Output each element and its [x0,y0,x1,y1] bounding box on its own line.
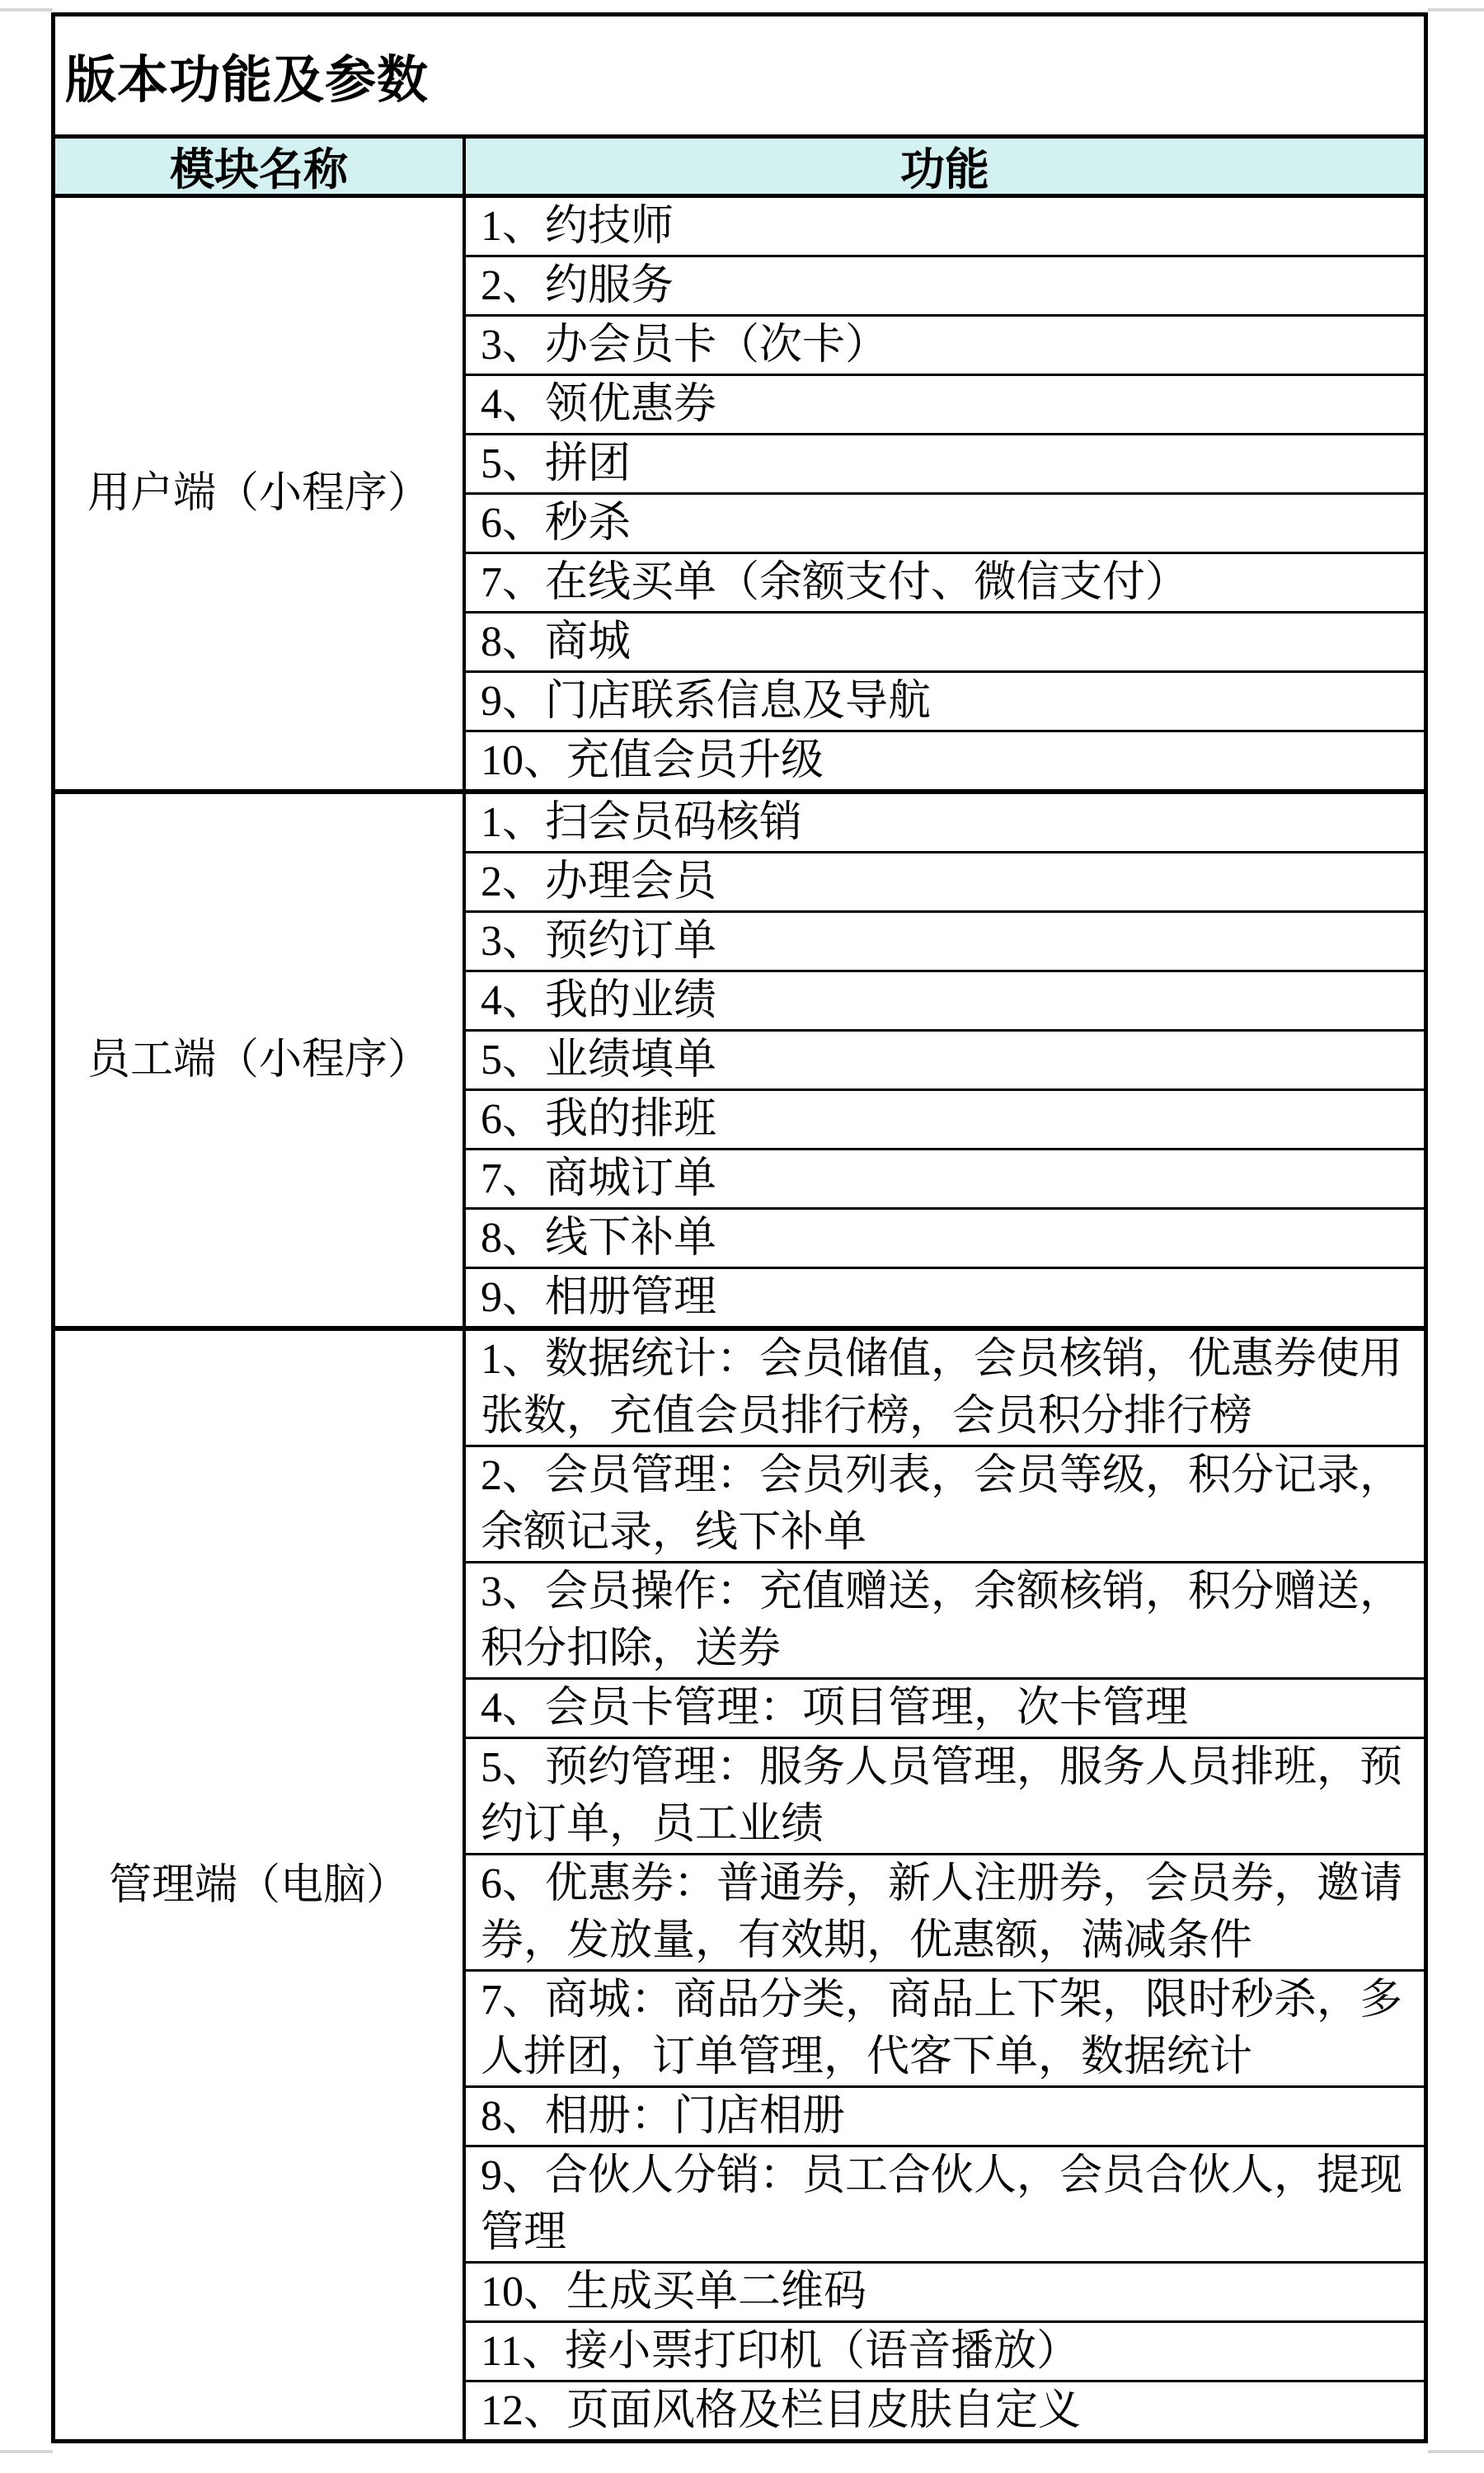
page-edge-line [1428,8,1484,12]
feature-text: 7、在线买单（余额支付、微信支付） [466,554,1208,611]
feature-text: 6、秒杀 [466,495,650,552]
table-header-row: 模块名称 功能 [55,139,1424,198]
feature-text: 8、相册：门店相册 [466,2088,865,2145]
feature-row: 11、接小票打印机（语音播放） [466,2320,1424,2380]
feature-row: 8、相册：门店相册 [466,2085,1424,2145]
feature-text: 7、商城订单 [466,1150,736,1207]
feature-text: 11、接小票打印机（语音播放） [466,2323,1099,2380]
feature-row: 6、优惠券：普通券，新人注册券，会员券，邀请券，发放量，有效期，优惠额，满减条件 [466,1853,1424,1969]
feature-text: 9、门店联系信息及导航 [466,673,951,730]
module-name-cell: 用户端（小程序） [55,198,466,789]
feature-list: 1、约技师2、约服务3、办会员卡（次卡）4、领优惠券5、拼团6、秒杀7、在线买单… [466,198,1424,789]
feature-text: 7、商城：商品分类，商品上下架，限时秒杀，多人拼团，订单管理，代客下单，数据统计 [466,1972,1424,2085]
feature-text: 4、会员卡管理：项目管理，次卡管理 [466,1680,1208,1737]
feature-row: 4、会员卡管理：项目管理，次卡管理 [466,1677,1424,1737]
feature-row: 1、扫会员码核销 [466,794,1424,851]
feature-row: 6、我的排班 [466,1088,1424,1148]
feature-text: 6、优惠券：普通券，新人注册券，会员券，邀请券，发放量，有效期，优惠额，满减条件 [466,1855,1424,1969]
feature-text: 6、我的排班 [466,1091,736,1148]
version-feature-table: 版本功能及参数 模块名称 功能 用户端（小程序）1、约技师2、约服务3、办会员卡… [51,12,1428,2443]
feature-text: 10、生成买单二维码 [466,2264,886,2320]
module-group: 员工端（小程序）1、扫会员码核销2、办理会员3、预约订单4、我的业绩5、业绩填单… [55,794,1424,1331]
feature-row: 1、数据统计：会员储值，会员核销，优惠券使用张数，充值会员排行榜，会员积分排行榜 [466,1331,1424,1445]
feature-text: 5、预约管理：服务人员管理，服务人员排班，预约订单，员工业绩 [466,1739,1424,1853]
feature-text: 1、约技师 [466,198,693,255]
feature-row: 2、约服务 [466,255,1424,314]
feature-text: 1、扫会员码核销 [466,794,822,851]
feature-text: 8、商城 [466,614,650,670]
feature-text: 5、业绩填单 [466,1032,736,1088]
feature-row: 3、办会员卡（次卡） [466,314,1424,374]
feature-text: 3、会员操作：充值赠送，余额核销，积分赠送，积分扣除，送券 [466,1563,1424,1677]
feature-list: 1、数据统计：会员储值，会员核销，优惠券使用张数，充值会员排行榜，会员积分排行榜… [466,1331,1424,2439]
feature-row: 2、办理会员 [466,851,1424,910]
feature-text: 5、拼团 [466,435,650,492]
feature-row: 8、商城 [466,611,1424,670]
page-edge-line [0,2450,53,2453]
feature-text: 4、领优惠券 [466,376,736,433]
feature-row: 3、预约订单 [466,910,1424,970]
feature-text: 2、办理会员 [466,853,736,910]
feature-text: 2、约服务 [466,257,693,314]
feature-row: 9、合伙人分销：员工合伙人，会员合伙人，提现管理 [466,2145,1424,2261]
feature-row: 6、秒杀 [466,492,1424,552]
feature-row: 1、约技师 [466,198,1424,255]
document-page: 版本功能及参数 模块名称 功能 用户端（小程序）1、约技师2、约服务3、办会员卡… [0,0,1484,2473]
feature-row: 10、充值会员升级 [466,730,1424,789]
feature-row: 2、会员管理：会员列表，会员等级，积分记录，余额记录，线下补单 [466,1445,1424,1561]
feature-text: 9、合伙人分销：员工合伙人，会员合伙人，提现管理 [466,2147,1424,2261]
module-name-cell: 员工端（小程序） [55,794,466,1326]
feature-text: 3、预约订单 [466,913,736,970]
feature-row: 8、线下补单 [466,1207,1424,1267]
header-cell-feature: 功能 [466,139,1424,194]
page-edge-line [0,8,53,12]
feature-row: 3、会员操作：充值赠送，余额核销，积分赠送，积分扣除，送券 [466,1561,1424,1677]
feature-text: 3、办会员卡（次卡） [466,317,908,374]
feature-text: 2、会员管理：会员列表，会员等级，积分记录，余额记录，线下补单 [466,1447,1424,1561]
feature-row: 7、商城订单 [466,1148,1424,1207]
feature-row: 9、门店联系信息及导航 [466,670,1424,730]
feature-row: 7、在线买单（余额支付、微信支付） [466,552,1424,611]
feature-row: 4、我的业绩 [466,970,1424,1029]
feature-text: 12、页面风格及栏目皮肤自定义 [466,2382,1101,2439]
feature-list: 1、扫会员码核销2、办理会员3、预约订单4、我的业绩5、业绩填单6、我的排班7、… [466,794,1424,1326]
feature-row: 10、生成买单二维码 [466,2261,1424,2320]
feature-text: 8、线下补单 [466,1210,736,1267]
table-title: 版本功能及参数 [55,16,1424,139]
header-cell-module-name: 模块名称 [55,139,466,194]
feature-row: 5、拼团 [466,433,1424,492]
feature-row: 9、相册管理 [466,1267,1424,1326]
feature-row: 4、领优惠券 [466,374,1424,433]
feature-text: 1、数据统计：会员储值，会员核销，优惠券使用张数，充值会员排行榜，会员积分排行榜 [466,1331,1424,1445]
feature-text: 10、充值会员升级 [466,732,843,789]
table-body: 用户端（小程序）1、约技师2、约服务3、办会员卡（次卡）4、领优惠券5、拼团6、… [55,198,1424,2439]
module-group: 用户端（小程序）1、约技师2、约服务3、办会员卡（次卡）4、领优惠券5、拼团6、… [55,198,1424,794]
feature-row: 7、商城：商品分类，商品上下架，限时秒杀，多人拼团，订单管理，代客下单，数据统计 [466,1969,1424,2085]
feature-row: 12、页面风格及栏目皮肤自定义 [466,2380,1424,2439]
feature-row: 5、业绩填单 [466,1029,1424,1088]
feature-text: 9、相册管理 [466,1269,736,1326]
module-group: 管理端（电脑）1、数据统计：会员储值，会员核销，优惠券使用张数，充值会员排行榜，… [55,1331,1424,2439]
module-name-cell: 管理端（电脑） [55,1331,466,2439]
feature-text: 4、我的业绩 [466,972,736,1029]
feature-row: 5、预约管理：服务人员管理，服务人员排班，预约订单，员工业绩 [466,1737,1424,1853]
page-edge-line [1428,2450,1484,2453]
